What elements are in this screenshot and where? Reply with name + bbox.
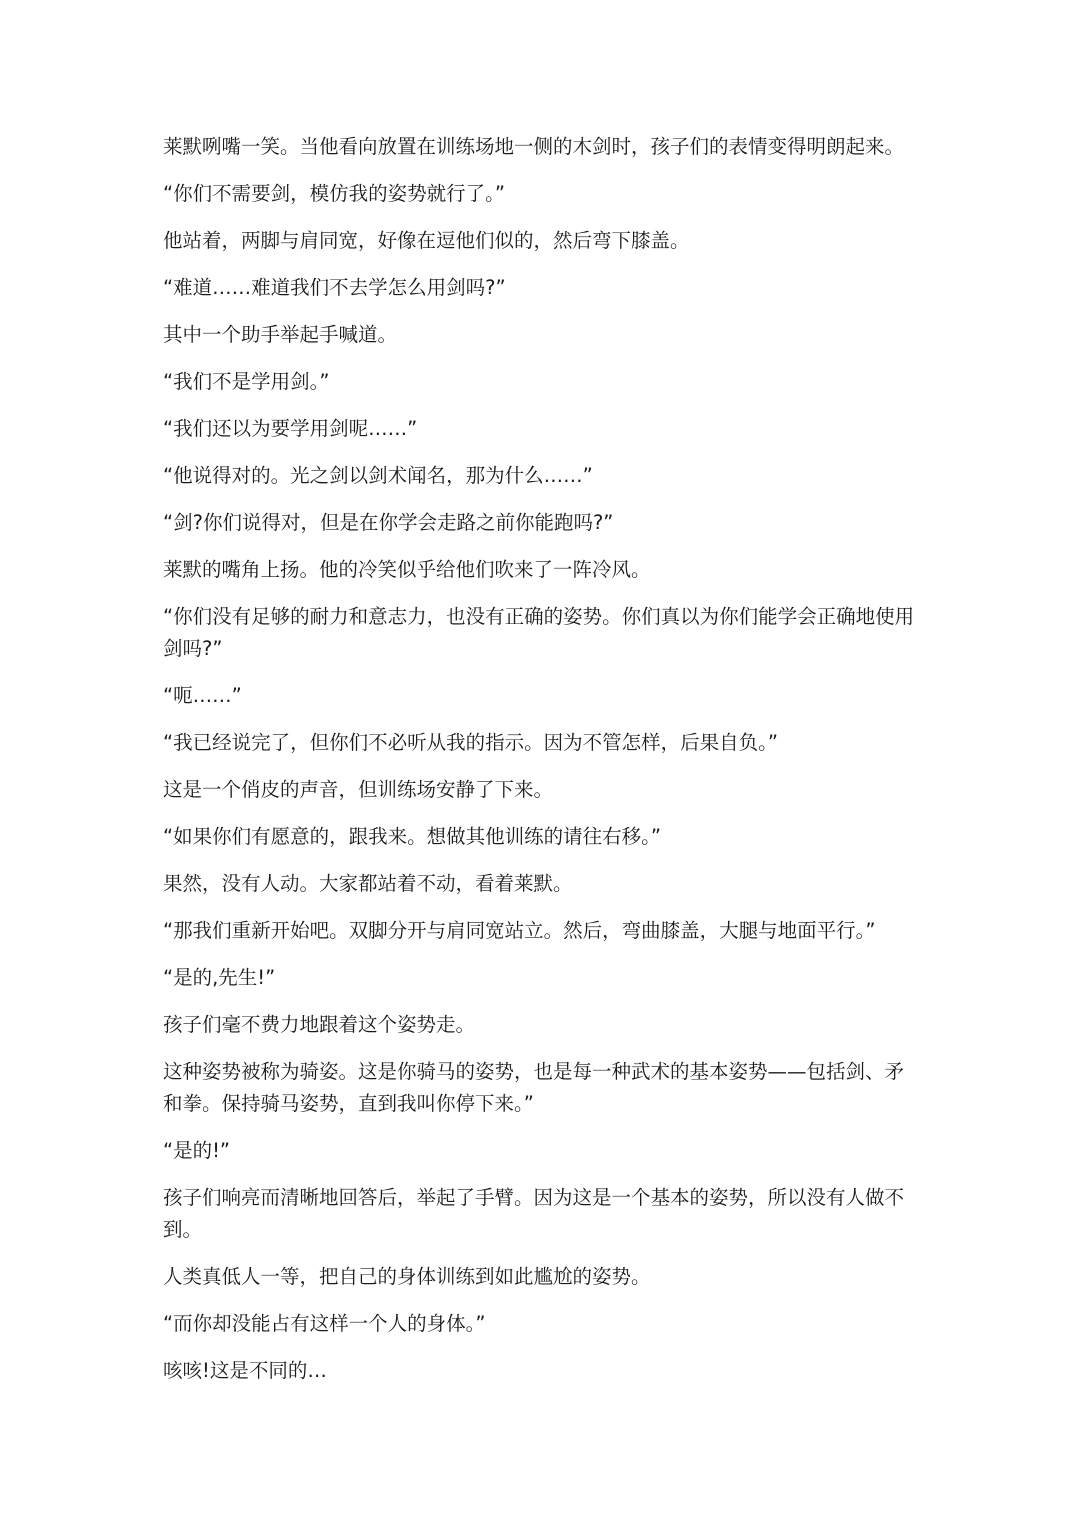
paragraph: “剑?你们说得对，但是在你学会走路之前你能跑吗?” — [163, 507, 915, 539]
paragraph: 咳咳!这是不同的… — [163, 1355, 915, 1387]
paragraph: “如果你们有愿意的，跟我来。想做其他训练的请往右移。” — [163, 821, 915, 853]
paragraph: 他站着，两脚与肩同宽，好像在逗他们似的，然后弯下膝盖。 — [163, 225, 915, 257]
paragraph: “难道……难道我们不去学怎么用剑吗?” — [163, 272, 915, 304]
paragraph: “你们不需要剑，模仿我的姿势就行了。” — [163, 178, 915, 210]
paragraph: 这是一个俏皮的声音，但训练场安静了下来。 — [163, 774, 915, 806]
paragraph: “我已经说完了，但你们不必听从我的指示。因为不管怎样，后果自负。” — [163, 727, 915, 759]
paragraph: “你们没有足够的耐力和意志力，也没有正确的姿势。你们真以为你们能学会正确地使用剑… — [163, 601, 915, 665]
paragraph: “他说得对的。光之剑以剑术闻名，那为什么……” — [163, 460, 915, 492]
paragraph: 这种姿势被称为骑姿。这是你骑马的姿势，也是每一种武术的基本姿势——包括剑、矛和拳… — [163, 1056, 915, 1120]
paragraph: “那我们重新开始吧。双脚分开与肩同宽站立。然后，弯曲膝盖，大腿与地面平行。” — [163, 915, 915, 947]
paragraph: “而你却没能占有这样一个人的身体。” — [163, 1308, 915, 1340]
paragraph: “是的,先生!” — [163, 962, 915, 994]
paragraph: 孩子们毫不费力地跟着这个姿势走。 — [163, 1009, 915, 1041]
paragraph: “我们不是学用剑。” — [163, 366, 915, 398]
paragraph: 其中一个助手举起手喊道。 — [163, 319, 915, 351]
paragraph: “是的!” — [163, 1135, 915, 1167]
document-page: 莱默咧嘴一笑。当他看向放置在训练场地一侧的木剑时，孩子们的表情变得明朗起来。 “… — [163, 131, 915, 1402]
paragraph: 莱默咧嘴一笑。当他看向放置在训练场地一侧的木剑时，孩子们的表情变得明朗起来。 — [163, 131, 915, 163]
paragraph: 人类真低人一等，把自己的身体训练到如此尴尬的姿势。 — [163, 1261, 915, 1293]
paragraph: “我们还以为要学用剑呢……” — [163, 413, 915, 445]
paragraph: 果然，没有人动。大家都站着不动，看着莱默。 — [163, 868, 915, 900]
paragraph: “呃……” — [163, 680, 915, 712]
paragraph: 孩子们响亮而清晰地回答后，举起了手臂。因为这是一个基本的姿势，所以没有人做不到。 — [163, 1182, 915, 1246]
paragraph: 莱默的嘴角上扬。他的冷笑似乎给他们吹来了一阵冷风。 — [163, 554, 915, 586]
